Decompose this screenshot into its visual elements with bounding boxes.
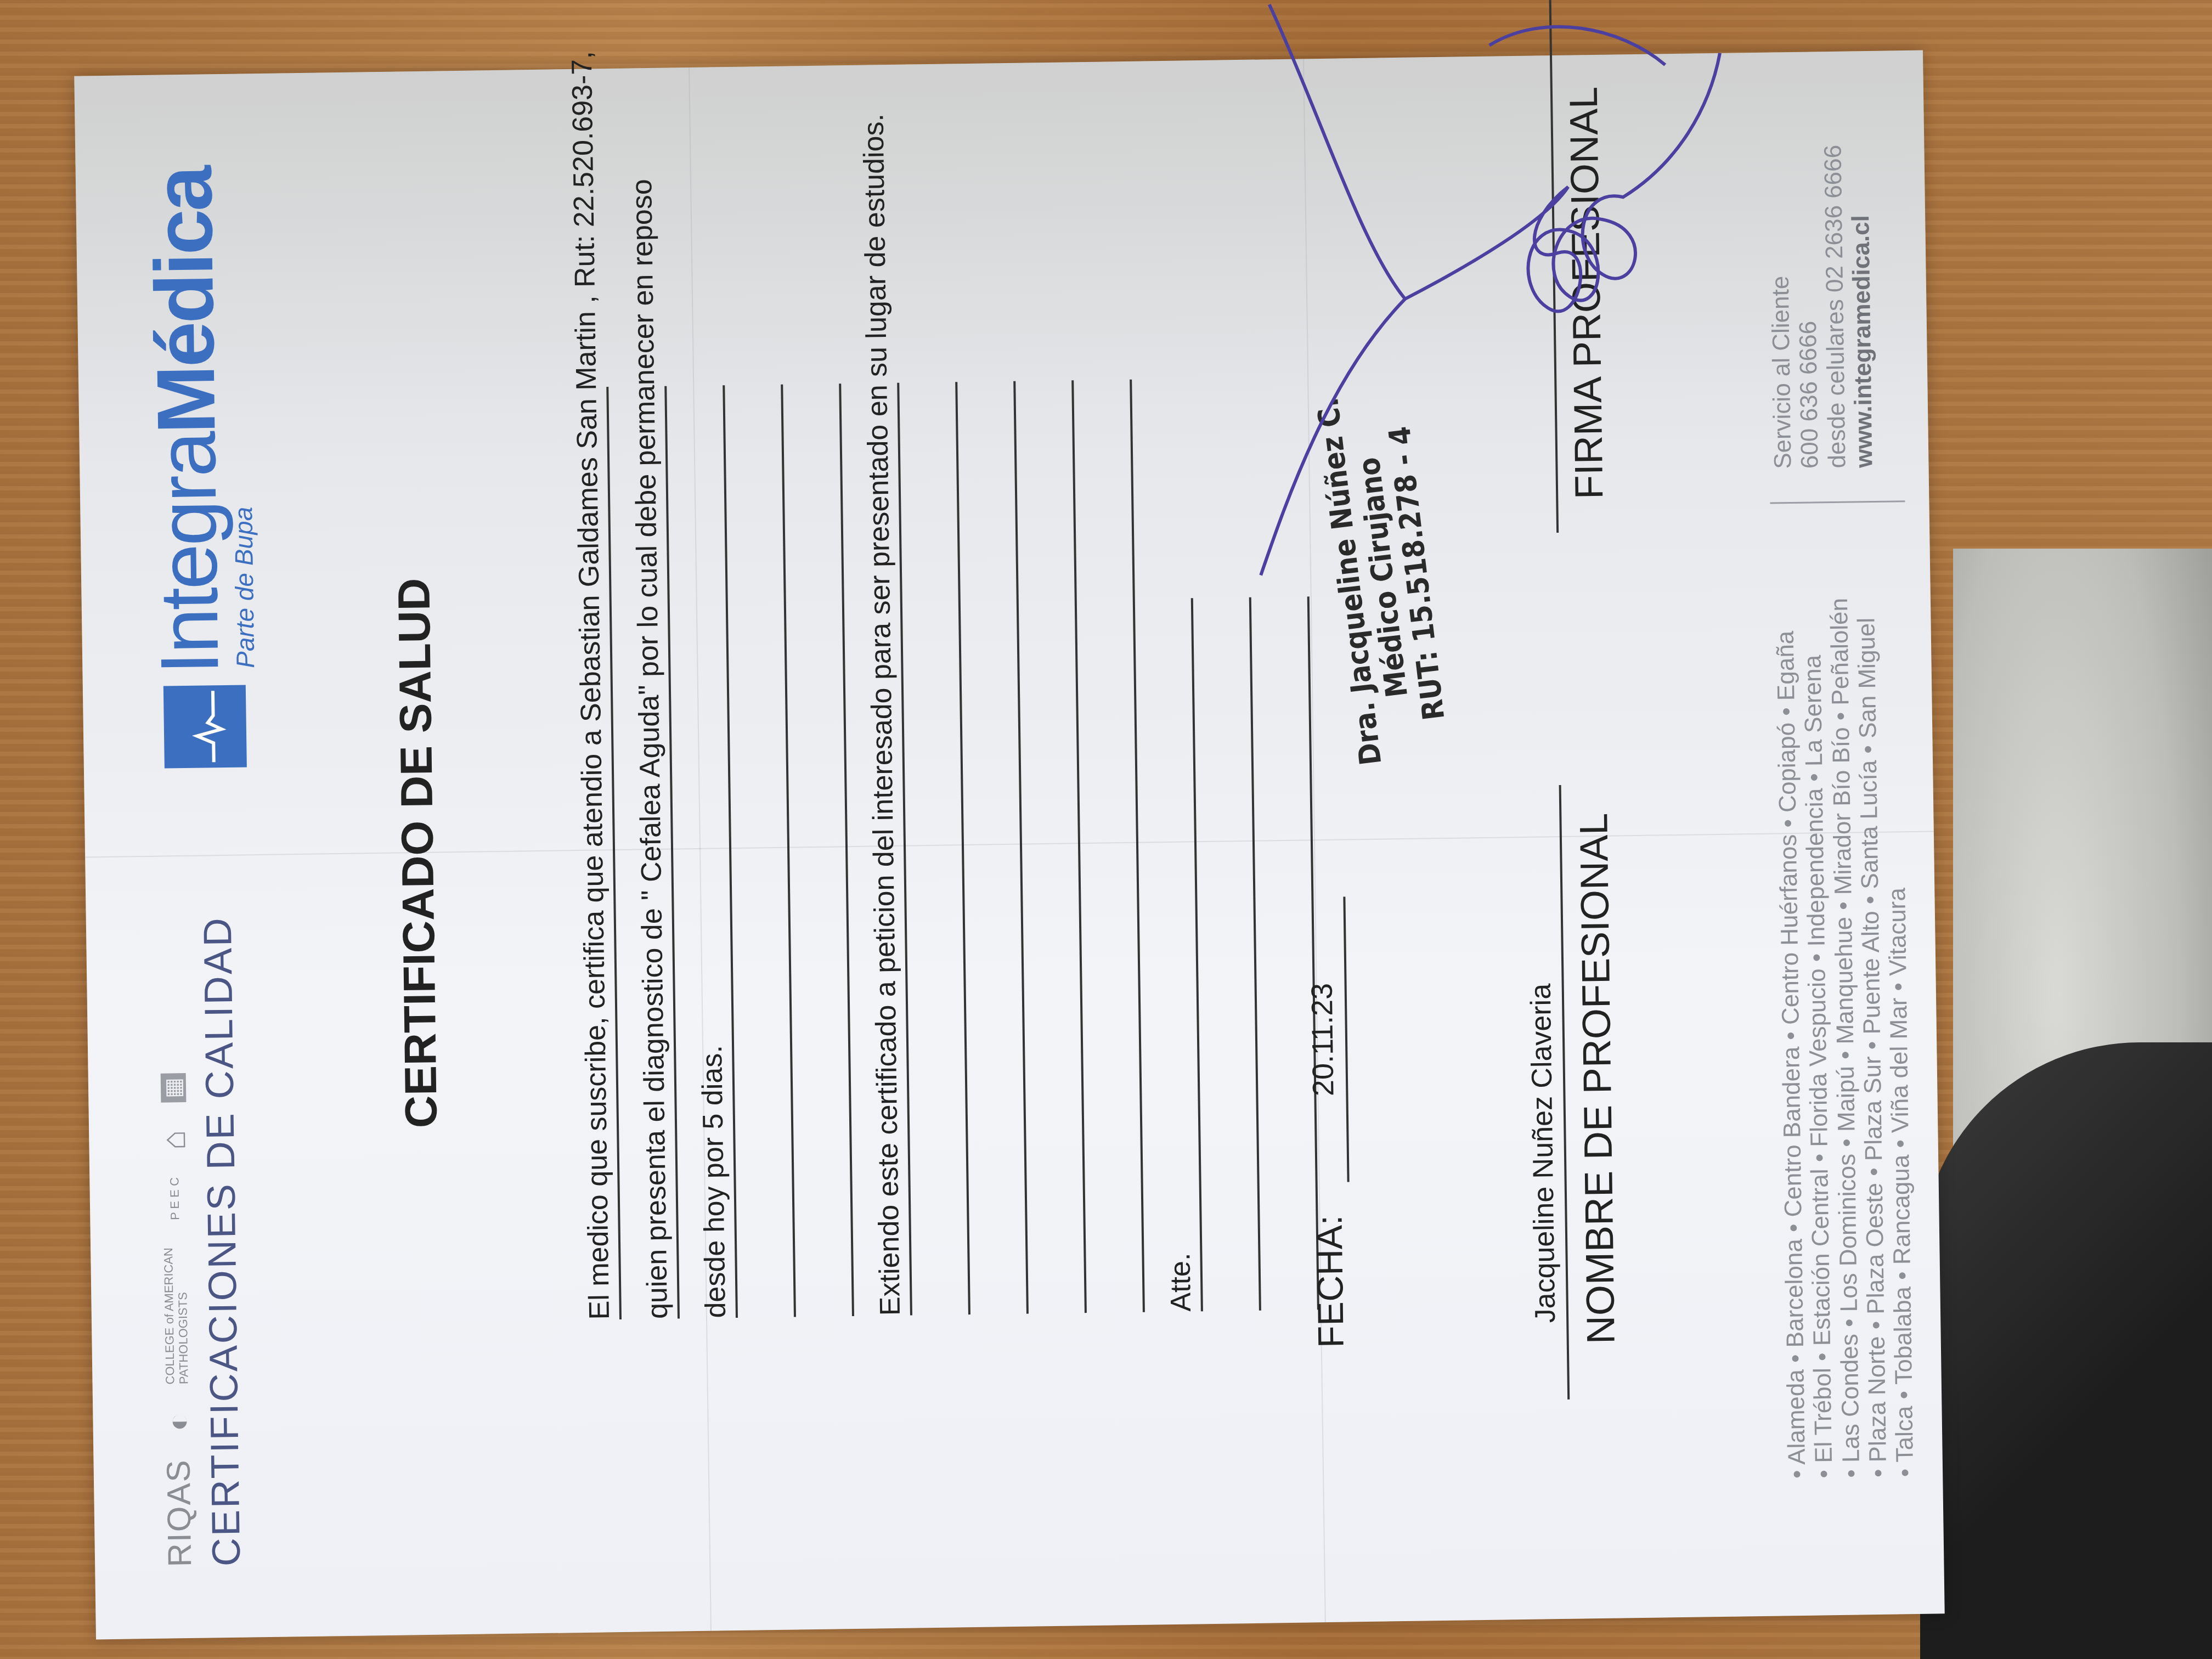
body-line: Atte.: [1135, 598, 1203, 1312]
brand-name: IntegraMédica: [142, 167, 231, 675]
certificate-paper: RIQAS ◐ COLLEGE of AMERICAN PATHOLOGISTS…: [74, 50, 1944, 1640]
body-line: [1193, 597, 1261, 1311]
website-link[interactable]: www.integramedica.cl: [1847, 215, 1877, 468]
date-field: FECHA: 20.11.23: [1304, 896, 1351, 1348]
document-title: CERTIFICADO DE SALUD: [381, 71, 455, 1635]
riqas-logo: RIQAS: [159, 1459, 199, 1567]
professional-name-field: Jacqueline Nuñez Claveria: [1522, 785, 1570, 1400]
body-line: [1074, 380, 1145, 1313]
cert-mark-icon: ⌂: [155, 1130, 193, 1150]
globe-icon: ◐: [159, 1412, 196, 1432]
certificate-body: El medico que suscribe, certifica que at…: [550, 377, 1319, 1320]
date-label: FECHA:: [1308, 1215, 1351, 1348]
cap-logo: COLLEGE of AMERICAN PATHOLOGISTS: [162, 1248, 190, 1385]
handwritten-signature: [1236, 0, 1739, 608]
quality-certifications: RIQAS ◐ COLLEGE of AMERICAN PATHOLOGISTS…: [152, 916, 250, 1567]
professional-name-label: NOMBRE DE PROFESIONAL: [1571, 812, 1624, 1344]
peec-logo: P E E C: [167, 1177, 182, 1220]
certifications-label: CERTIFICACIONES DE CALIDAD: [195, 916, 250, 1567]
heartbeat-icon: [163, 685, 247, 768]
date-value: 20.11.23: [1304, 896, 1349, 1182]
customer-service: Servicio al Cliente 600 636 6666 desde c…: [1765, 144, 1905, 504]
seal-icon: ▦: [160, 1073, 186, 1103]
branch-list: • Alameda • Barcelona • Centro Bandera •…: [1771, 597, 1919, 1479]
footer: • Alameda • Barcelona • Centro Bandera •…: [1765, 144, 1918, 1479]
integramedica-logo: IntegraMédica Parte de Bupa: [142, 167, 262, 768]
